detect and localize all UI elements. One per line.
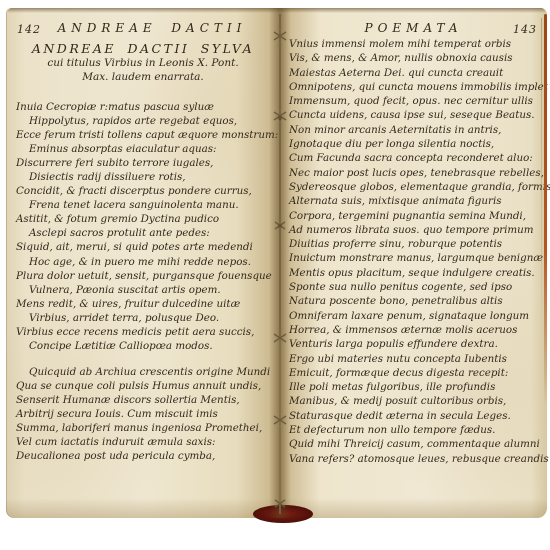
- poem-line: Maiestas Aeterna Dei. qui cuncta creauit: [289, 66, 545, 80]
- book-spine: [253, 505, 313, 523]
- poem-subtitle-line-1: cui titulus Virbius in Leonis X. Pont.: [6, 57, 280, 71]
- open-book: 142 ANDREAE DACTII ANDREAE DACTII SYLVA …: [6, 8, 547, 518]
- poem-line: Deucalionea post uda pericula cymba,: [16, 449, 276, 463]
- poem-line: Vel cum iactatis induruit æmula saxis:: [16, 435, 276, 449]
- left-page: 142 ANDREAE DACTII ANDREAE DACTII SYLVA …: [6, 8, 280, 518]
- poem-line: Quid mihi Threicij casum, commentaque al…: [289, 437, 545, 451]
- poem-line: Omniferam laxare penum, signataque longu…: [289, 309, 545, 323]
- poem-line: Mens redit, & uires, fruitur dulcedine u…: [16, 297, 276, 311]
- poem-line: Corpora, tergemini pugnantia semina Mund…: [289, 209, 545, 223]
- book-photo: 142 ANDREAE DACTII ANDREAE DACTII SYLVA …: [0, 0, 550, 550]
- poem-line: Sydereosque globos, elementaque grandia,…: [289, 180, 545, 194]
- poem-line: Virbius ecce recens medicis petit aera s…: [16, 325, 276, 339]
- poem-line: Vnius immensi molem mihi temperat orbis: [289, 37, 545, 51]
- right-page: POEMATA 143 Vnius immensi molem mihi tem…: [280, 8, 547, 518]
- poem-subtitle-line-2: Max. laudem enarrata.: [6, 71, 280, 85]
- poem-stanza-1: Inuia Cecropiæ r:matus pascua syluæHippo…: [16, 100, 276, 353]
- poem-line: Inuictum monstrare manus, largumque beni…: [289, 251, 545, 265]
- poem-line: Concidit, & fracti discerptus pondere cu…: [16, 184, 276, 198]
- poem-line: Vana refers? atomosque leues, rebusque c…: [289, 452, 545, 466]
- poem-line: Arbitrij secura Iouis. Cum miscuit imis: [16, 407, 276, 421]
- poem-line: Manibus, & medij posuit cultoribus orbis…: [289, 394, 545, 408]
- poem-line: Inuia Cecropiæ r:matus pascua syluæ: [16, 100, 276, 114]
- poem-line: Disiectis radij dissiluere rotis,: [16, 170, 276, 184]
- poem-line: Vulnera, Pæonia suscitat artis opem.: [16, 283, 276, 297]
- poem-line: Virbius, arridet terra, polusque Deo.: [16, 311, 276, 325]
- poem-line: Ecce ferum tristi tollens caput æquore m…: [16, 128, 276, 142]
- poem-line: Emicuit, formæque decus digesta recepit:: [289, 366, 545, 380]
- poem-line: Horrea, & immensos æternæ molis aceruos: [289, 323, 545, 337]
- poem-line: Quicquid ab Archiua crescentis origine M…: [16, 365, 276, 379]
- poem-line: Ignotaque diu per longa silentia noctis,: [289, 137, 545, 151]
- poem-line: Immensum, quod fecit, opus. nec cernitur…: [289, 94, 545, 108]
- poem-line: Natura poscente bono, penetralibus altis: [289, 294, 545, 308]
- poem-line: Venturis larga populis effundere dextra.: [289, 337, 545, 351]
- running-header-right: POEMATA: [280, 21, 547, 35]
- poem-line: Cuncta uidens, causa ipse sui, seseque B…: [289, 108, 545, 122]
- poem-line: Discurrere feri subito terrore iugales,: [16, 156, 276, 170]
- poem-line: Ergo ubi materies nutu concepta Iubentis: [289, 352, 545, 366]
- poem-line: Staturasque dedit æterna in secula Leges…: [289, 409, 545, 423]
- poem-line: Cum Facunda sacra concepta reconderet al…: [289, 151, 545, 165]
- poem-line: Hippolytus, rapidos arte regebat equos,: [16, 114, 276, 128]
- poem-stanza-2: Quicquid ab Archiua crescentis origine M…: [16, 365, 276, 463]
- poem-line: Qua se cunque coli pulsis Humus annuit u…: [16, 379, 276, 393]
- poem-line: Ille poli metas fulgoribus, ille profund…: [289, 380, 545, 394]
- poem-line: Senserit Humanæ discors sollertia Mentis…: [16, 393, 276, 407]
- poem-line: Frena tenet lacera sanguinolenta manu.: [16, 198, 276, 212]
- poem-line: Ad numeros librata suos. quo tempore pri…: [289, 223, 545, 237]
- poem-line: Sponte sua nullo penitus cogente, sed ip…: [289, 280, 545, 294]
- poem-line: Non minor arcanis Aeternitatis in antris…: [289, 123, 545, 137]
- poem-line: Omnipotens, qui cuncta mouens immobilis …: [289, 80, 545, 94]
- poem-line: Summa, laboriferi manus ingeniosa Promet…: [16, 421, 276, 435]
- poem-line: Siquid, ait, merui, si quid potes arte m…: [16, 240, 276, 254]
- poem-line: Nec maior post lucis opes, tenebrasque r…: [289, 166, 545, 180]
- poem-line: Vis, & mens, & Amor, nullis obnoxia caus…: [289, 51, 545, 65]
- poem-line: Hoc age, & in puero me mihi redde nepos.: [16, 255, 276, 269]
- fore-edge: [544, 14, 547, 406]
- fore-edge-line: [541, 18, 542, 348]
- poem-line: Et defecturum non ullo tempore fædus.: [289, 423, 545, 437]
- poem-title: ANDREAE DACTII SYLVA: [6, 41, 280, 56]
- poem-line: Eminus absorptas eiaculatur aquas:: [16, 142, 276, 156]
- poem-line: Mentis opus placitum, seque indulgere cr…: [289, 266, 545, 280]
- running-header-left: ANDREAE DACTII: [6, 21, 280, 35]
- poem-line: Diuitias proferre sinu, roburque potenti…: [289, 237, 545, 251]
- poem-line: Astitit, & fotum gremio Dyctina pudico: [16, 212, 276, 226]
- poem-title-block: ANDREAE DACTII SYLVA cui titulus Virbius…: [6, 41, 280, 84]
- poem-line: Plura dolor uetuit, sensit, purgansque f…: [16, 269, 276, 283]
- poem-line: Alternata suis, mixtisque animata figuri…: [289, 194, 545, 208]
- page-number-right: 143: [513, 23, 537, 36]
- poem-right-page: Vnius immensi molem mihi temperat orbisV…: [289, 37, 545, 466]
- poem-line: Concipe Lætitiæ Calliopœa modos.: [16, 339, 276, 353]
- poem-line: Asclepi sacros protulit ante pedes:: [16, 226, 276, 240]
